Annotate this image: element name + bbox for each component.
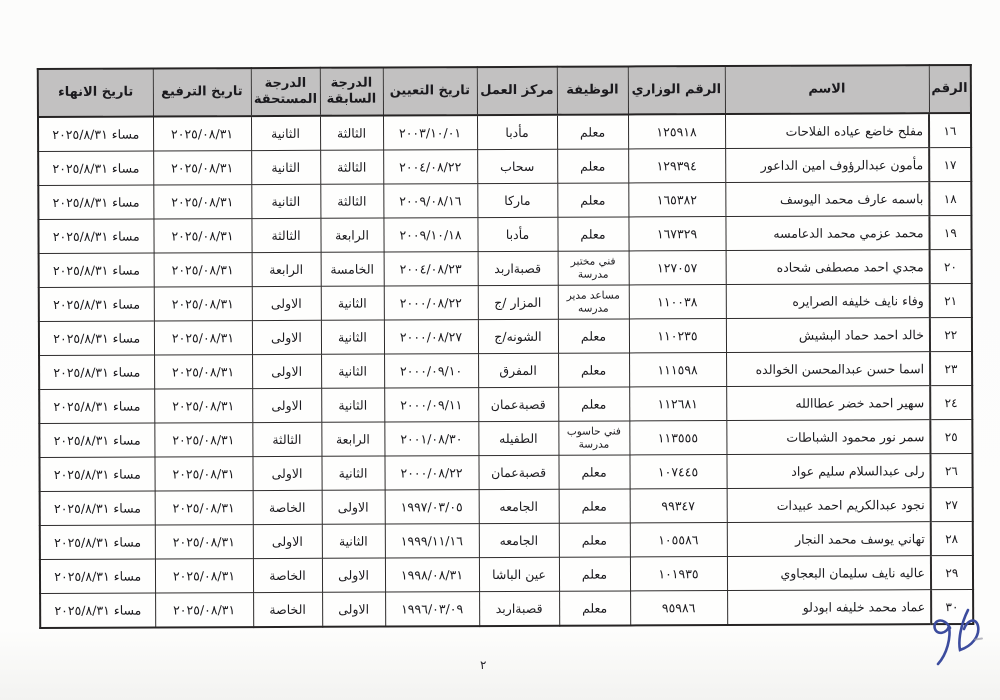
cell-center: المزار /ج bbox=[478, 285, 558, 319]
cell-name: عاليه نايف سليمان البعجاوي bbox=[727, 556, 931, 591]
cell-ministry: ١١١٥٩٨ bbox=[629, 353, 726, 387]
cell-prev: الثانية bbox=[321, 320, 384, 354]
cell-promo: ٢٠٢٥/٠٨/٣١ bbox=[153, 116, 251, 151]
cell-end: مساء ٢٠٢٥/٨/٣١ bbox=[38, 151, 153, 186]
cell-center: مأدبا bbox=[477, 115, 557, 150]
column-header-promo: تاريخ الترفيع bbox=[153, 68, 251, 116]
cell-name: خالد احمد حماد البشيش bbox=[726, 318, 930, 353]
cell-end: مساء ٢٠٢٥/٨/٣١ bbox=[39, 389, 154, 424]
cell-num: ٢٨ bbox=[931, 521, 973, 555]
cell-end: مساء ٢٠٢٥/٨/٣١ bbox=[38, 117, 153, 152]
table-body: ١٦مفلح خاضع عياده الفلاحات١٢٥٩١٨معلممأدب… bbox=[38, 113, 973, 628]
cell-prev: الاولى bbox=[322, 490, 385, 524]
cell-promo: ٢٠٢٥/٠٨/٣١ bbox=[154, 253, 252, 287]
cell-ministry: ١٠٥٥٨٦ bbox=[630, 523, 727, 557]
cell-job: معلم bbox=[557, 217, 628, 251]
table-row: ٢٣اسما حسن عبدالمحسن الخوالده١١١٥٩٨معلما… bbox=[39, 351, 972, 389]
cell-prev: الثالثة bbox=[320, 116, 383, 151]
cell-num: ٢٢ bbox=[930, 317, 972, 351]
cell-promo: ٢٠٢٥/٠٨/٣١ bbox=[153, 151, 251, 185]
cell-end: مساء ٢٠٢٥/٨/٣١ bbox=[40, 525, 155, 560]
cell-due: الخاصة bbox=[253, 558, 322, 592]
cell-name: مجدي احمد مصطفى شحاده bbox=[726, 250, 930, 285]
cell-num: ١٧ bbox=[929, 147, 971, 181]
promotion-table: الرقمالاسمالرقم الوزاريالوظيفةمركز العمل… bbox=[37, 64, 974, 629]
cell-due: الرابعة bbox=[252, 252, 321, 286]
table-row: ٢٥سمر نور محمود الشباطات١١٣٥٥٥فني حاسوب … bbox=[39, 419, 972, 457]
cell-appoint: ٢٠٠٤/٠٨/٢٢ bbox=[383, 150, 477, 184]
cell-name: محمد عزمي محمد الدعامسه bbox=[725, 216, 929, 251]
cell-ministry: ١١٠٢٣٥ bbox=[629, 319, 726, 353]
cell-end: مساء ٢٠٢٥/٨/٣١ bbox=[39, 457, 154, 492]
column-header-job: الوظيفة bbox=[557, 66, 628, 114]
cell-num: ٢١ bbox=[930, 283, 972, 317]
cell-promo: ٢٠٢٥/٠٨/٣١ bbox=[155, 559, 253, 593]
cell-promo: ٢٠٢٥/٠٨/٣١ bbox=[154, 287, 252, 321]
cell-job: فني حاسوب مدرسة bbox=[558, 421, 629, 455]
cell-appoint: ٢٠٠٠/٠٨/٢٧ bbox=[384, 320, 478, 354]
cell-job: معلم bbox=[558, 455, 629, 489]
cell-prev: الثالثة bbox=[320, 150, 383, 184]
cell-center: الجامعه bbox=[479, 523, 559, 557]
table-row: ٣٠عماد محمد خليفه ابودلو٩٥٩٨٦معلمقصبةارب… bbox=[40, 589, 973, 628]
cell-end: مساء ٢٠٢٥/٨/٣١ bbox=[40, 491, 155, 526]
cell-promo: ٢٠٢٥/٠٨/٣١ bbox=[155, 491, 253, 525]
cell-appoint: ٢٠٠٠/٠٨/٢٢ bbox=[384, 286, 478, 320]
cell-job: فني مختبر مدرسة bbox=[558, 251, 629, 285]
cell-num: ٢٩ bbox=[931, 555, 973, 589]
cell-name: وفاء نايف خليفه الصرايره bbox=[726, 284, 930, 319]
table-row: ٢٠مجدي احمد مصطفى شحاده١٢٧٠٥٧فني مختبر م… bbox=[39, 249, 972, 287]
cell-end: مساء ٢٠٢٥/٨/٣١ bbox=[38, 185, 153, 220]
cell-center: ماركا bbox=[477, 183, 557, 217]
cell-prev: الثانية bbox=[321, 286, 384, 320]
cell-center: الشونه/ج bbox=[478, 319, 558, 353]
cell-name: سمر نور محمود الشباطات bbox=[726, 420, 930, 455]
cell-end: مساء ٢٠٢٥/٨/٣١ bbox=[40, 593, 155, 628]
cell-prev: الثانية bbox=[321, 456, 384, 490]
cell-name: نجود عبدالكريم احمد عبيدات bbox=[727, 488, 931, 523]
table-row: ١٩محمد عزمي محمد الدعامسه١٦٧٣٢٩معلممأدبا… bbox=[38, 215, 971, 253]
cell-ministry: ١٢٩٣٩٤ bbox=[628, 149, 725, 183]
cell-prev: الثانية bbox=[321, 354, 384, 388]
cell-job: معلم bbox=[559, 591, 630, 626]
column-header-center: مركز العمل bbox=[477, 67, 557, 115]
cell-prev: الثالثة bbox=[320, 184, 383, 218]
cell-due: الخاصة bbox=[253, 490, 322, 524]
column-header-name: الاسم bbox=[725, 65, 929, 114]
cell-ministry: ١٦٥٣٨٢ bbox=[628, 183, 725, 217]
cell-appoint: ١٩٩٧/٠٣/٠٥ bbox=[385, 490, 479, 524]
cell-prev: الاولى bbox=[322, 592, 385, 627]
cell-end: مساء ٢٠٢٥/٨/٣١ bbox=[39, 321, 154, 356]
cell-center: سحاب bbox=[477, 149, 557, 183]
cell-due: الاولى bbox=[252, 320, 321, 354]
cell-promo: ٢٠٢٥/٠٨/٣١ bbox=[153, 185, 251, 219]
table-row: ١٨باسمه عارف محمد اليوسف١٦٥٣٨٢معلمماركا٢… bbox=[38, 181, 971, 219]
cell-ministry: ١٠١٩٣٥ bbox=[630, 557, 727, 591]
cell-promo: ٢٠٢٥/٠٨/٣١ bbox=[154, 321, 252, 355]
cell-ministry: ١٠٧٤٤٥ bbox=[629, 455, 726, 489]
column-header-num: الرقم bbox=[929, 65, 971, 113]
table-row: ٢٨تهاني يوسف محمد النجار١٠٥٥٨٦معلمالجامع… bbox=[40, 521, 973, 559]
cell-center: مأدبا bbox=[477, 217, 557, 251]
table-row: ٢١وفاء نايف خليفه الصرايره١١٠٠٣٨مساعد مد… bbox=[39, 283, 972, 321]
cell-ministry: ٩٩٣٤٧ bbox=[630, 489, 727, 523]
cell-due: الثانية bbox=[251, 184, 320, 218]
cell-name: باسمه عارف محمد اليوسف bbox=[725, 182, 929, 217]
cell-end: مساء ٢٠٢٥/٨/٣١ bbox=[39, 355, 154, 390]
cell-end: مساء ٢٠٢٥/٨/٣١ bbox=[39, 253, 154, 288]
cell-center: الجامعه bbox=[479, 489, 559, 523]
table-row: ٢٤سهير احمد خضر عطاالله١١٢٦٨١معلمقصبةعما… bbox=[39, 385, 972, 423]
cell-promo: ٢٠٢٥/٠٨/٣١ bbox=[154, 457, 252, 491]
cell-job: معلم bbox=[559, 489, 630, 523]
cell-due: الثالثة bbox=[252, 422, 321, 456]
cell-name: مفلح خاضع عياده الفلاحات bbox=[725, 113, 929, 148]
cell-end: مساء ٢٠٢٥/٨/٣١ bbox=[40, 559, 155, 594]
table-row: ١٦مفلح خاضع عياده الفلاحات١٢٥٩١٨معلممأدب… bbox=[38, 113, 971, 152]
cell-promo: ٢٠٢٥/٠٨/٣١ bbox=[154, 389, 252, 423]
table-header-row: الرقمالاسمالرقم الوزاريالوظيفةمركز العمل… bbox=[38, 65, 971, 117]
column-header-ministry: الرقم الوزاري bbox=[628, 66, 725, 114]
handwritten-signature-icon bbox=[928, 604, 992, 678]
cell-end: مساء ٢٠٢٥/٨/٣١ bbox=[38, 219, 153, 254]
page-number: ٢ bbox=[480, 658, 486, 672]
table-row: ٢٧نجود عبدالكريم احمد عبيدات٩٩٣٤٧معلمالج… bbox=[40, 487, 973, 525]
cell-job: معلم bbox=[558, 319, 629, 353]
cell-num: ٢٦ bbox=[930, 453, 972, 487]
cell-center: قصبةاربد bbox=[478, 251, 558, 285]
cell-end: مساء ٢٠٢٥/٨/٣١ bbox=[39, 423, 154, 458]
cell-job: معلم bbox=[557, 183, 628, 217]
cell-appoint: ٢٠٠٣/١٠/٠١ bbox=[383, 115, 477, 150]
cell-job: معلم bbox=[557, 114, 628, 149]
cell-job: مساعد مدير مدرسه bbox=[558, 285, 629, 319]
cell-due: الاولى bbox=[252, 388, 321, 422]
table-row: ٢٦رلى عبدالسلام سليم عواد١٠٧٤٤٥معلمقصبةع… bbox=[39, 453, 972, 491]
cell-prev: الرابعة bbox=[320, 218, 383, 252]
cell-promo: ٢٠٢٥/٠٨/٣١ bbox=[154, 355, 252, 389]
cell-promo: ٢٠٢٥/٠٨/٣١ bbox=[155, 593, 253, 628]
cell-center: قصبةاربد bbox=[479, 591, 559, 626]
cell-end: مساء ٢٠٢٥/٨/٣١ bbox=[39, 287, 154, 322]
cell-name: سهير احمد خضر عطاالله bbox=[726, 386, 930, 421]
cell-center: عين الباشا bbox=[479, 557, 559, 591]
cell-num: ٢٤ bbox=[930, 385, 972, 419]
cell-name: رلى عبدالسلام سليم عواد bbox=[726, 454, 930, 489]
cell-appoint: ٢٠٠٠/٠٨/٢٢ bbox=[384, 456, 478, 490]
cell-job: معلم bbox=[557, 149, 628, 183]
cell-job: معلم bbox=[558, 387, 629, 421]
cell-job: معلم bbox=[559, 523, 630, 557]
cell-ministry: ١٢٥٩١٨ bbox=[628, 114, 725, 149]
cell-num: ٢٧ bbox=[931, 487, 973, 521]
cell-ministry: ٩٥٩٨٦ bbox=[630, 591, 727, 626]
table-row: ٢٢خالد احمد حماد البشيش١١٠٢٣٥معلمالشونه/… bbox=[39, 317, 972, 355]
cell-name: مأمون عبدالرؤوف امين الداعور bbox=[725, 148, 929, 183]
cell-appoint: ٢٠٠٩/١٠/١٨ bbox=[383, 218, 477, 252]
cell-center: المفرق bbox=[478, 353, 558, 387]
cell-job: معلم bbox=[559, 557, 630, 591]
cell-due: الاولى bbox=[252, 456, 321, 490]
cell-num: ١٦ bbox=[929, 113, 971, 148]
cell-prev: الخامسة bbox=[321, 252, 384, 286]
cell-prev: الثانية bbox=[321, 388, 384, 422]
cell-ministry: ١٢٧٠٥٧ bbox=[629, 251, 726, 285]
cell-num: ٢٠ bbox=[930, 249, 972, 283]
cell-appoint: ٢٠٠١/٠٨/٣٠ bbox=[384, 422, 478, 456]
cell-due: الاولى bbox=[253, 524, 322, 558]
cell-num: ٢٥ bbox=[930, 419, 972, 453]
cell-appoint: ١٩٩٨/٠٨/٣١ bbox=[385, 558, 479, 592]
cell-appoint: ٢٠٠٤/٠٨/٢٣ bbox=[384, 252, 478, 286]
column-header-appoint: تاريخ التعيين bbox=[383, 67, 477, 115]
cell-due: الثانية bbox=[251, 116, 320, 151]
cell-center: قصبةعمان bbox=[478, 387, 558, 421]
cell-ministry: ١١٣٥٥٥ bbox=[629, 421, 726, 455]
cell-appoint: ٢٠٠٩/٠٨/١٦ bbox=[383, 184, 477, 218]
cell-num: ١٩ bbox=[929, 215, 971, 249]
promotion-table-wrap: الرقمالاسمالرقم الوزاريالوظيفةمركز العمل… bbox=[37, 64, 974, 629]
cell-name: عماد محمد خليفه ابودلو bbox=[727, 590, 931, 625]
cell-prev: الرابعة bbox=[321, 422, 384, 456]
cell-promo: ٢٠٢٥/٠٨/٣١ bbox=[153, 219, 251, 253]
cell-prev: الثانية bbox=[322, 524, 385, 558]
cell-due: الثانية bbox=[251, 150, 320, 184]
cell-due: الاولى bbox=[252, 354, 321, 388]
cell-due: الخاصة bbox=[253, 592, 322, 627]
cell-appoint: ٢٠٠٠/٠٩/١٠ bbox=[384, 354, 478, 388]
cell-name: تهاني يوسف محمد النجار bbox=[727, 522, 931, 557]
cell-appoint: ٢٠٠٠/٠٩/١١ bbox=[384, 388, 478, 422]
cell-center: قصبةعمان bbox=[478, 455, 558, 489]
cell-num: ٢٣ bbox=[930, 351, 972, 385]
cell-appoint: ١٩٩٦/٠٣/٠٩ bbox=[385, 592, 479, 627]
cell-ministry: ١١٠٠٣٨ bbox=[629, 285, 726, 319]
cell-center: الطفيله bbox=[478, 421, 558, 455]
cell-promo: ٢٠٢٥/٠٨/٣١ bbox=[155, 525, 253, 559]
cell-due: الثالثة bbox=[251, 218, 320, 252]
cell-ministry: ١٦٧٣٢٩ bbox=[628, 217, 725, 251]
cell-num: ١٨ bbox=[929, 181, 971, 215]
table-row: ٢٩عاليه نايف سليمان البعجاوي١٠١٩٣٥معلمعي… bbox=[40, 555, 973, 593]
cell-prev: الاولى bbox=[322, 558, 385, 592]
cell-ministry: ١١٢٦٨١ bbox=[629, 387, 726, 421]
column-header-prev: الدرجة السابقة bbox=[320, 68, 383, 116]
column-header-due: الدرجة المستحقة bbox=[251, 68, 320, 116]
cell-due: الاولى bbox=[252, 286, 321, 320]
column-header-end: تاريخ الانهاء bbox=[38, 69, 153, 118]
cell-name: اسما حسن عبدالمحسن الخوالده bbox=[726, 352, 930, 387]
document-page: الرقمالاسمالرقم الوزاريالوظيفةمركز العمل… bbox=[0, 0, 1000, 700]
cell-job: معلم bbox=[558, 353, 629, 387]
cell-promo: ٢٠٢٥/٠٨/٣١ bbox=[154, 423, 252, 457]
table-row: ١٧مأمون عبدالرؤوف امين الداعور١٢٩٣٩٤معلم… bbox=[38, 147, 971, 185]
cell-appoint: ١٩٩٩/١١/١٦ bbox=[385, 524, 479, 558]
